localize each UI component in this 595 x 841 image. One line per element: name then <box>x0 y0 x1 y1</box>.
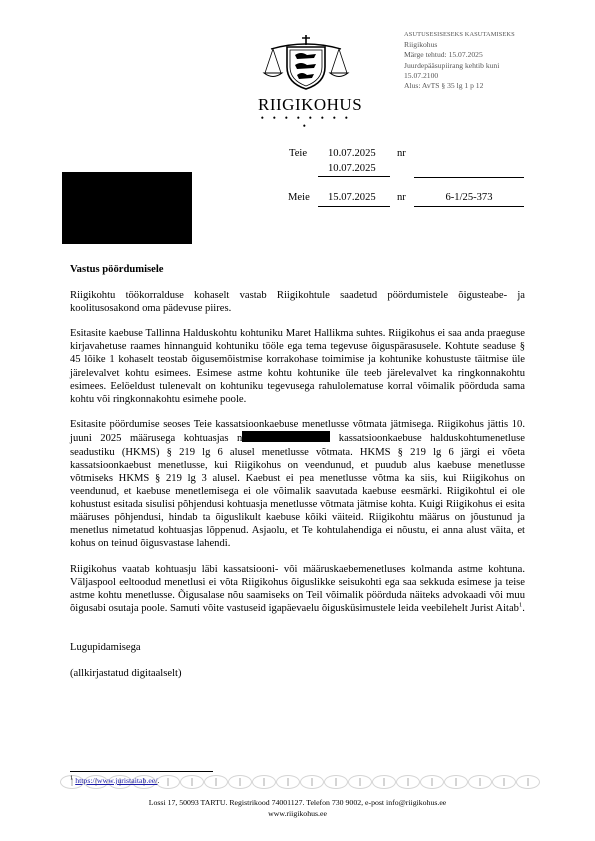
court-logo: RIIGIKOHUS • • • • • • • • • <box>258 33 354 130</box>
our-date: 15.07.2025 <box>328 192 376 203</box>
footnote-separator <box>70 771 213 772</box>
footnote-link[interactable]: https://www.juristaitab.ee/ <box>75 776 157 785</box>
stamp-owner: Riigikohus <box>404 40 515 50</box>
our-date-underline <box>318 206 390 207</box>
our-nr-underline <box>414 206 524 207</box>
paragraph-3: Esitasite pöördumise seoses Teie kassats… <box>70 418 525 550</box>
letter-body: Vastus pöördumisele Riigikohtu töökorral… <box>70 263 525 692</box>
your-date-2: 10.07.2025 <box>328 163 376 174</box>
access-restriction-stamp: ASUTUSESISESEKS KASUTAMISEKS Riigikohus … <box>404 30 515 91</box>
stamp-restriction: Juurdepääsupiirang kehtib kuni <box>404 61 515 71</box>
our-label: Meie <box>288 192 310 203</box>
our-nr-label: nr <box>397 192 406 203</box>
our-nr: 6-1/25-373 <box>415 192 523 203</box>
footnote-number: 1 <box>70 774 73 781</box>
stamp-marked: Märge tehtud: 15.07.2025 <box>404 50 515 60</box>
stamp-basis: Alus: AvTS § 35 lg 1 p 12 <box>404 81 515 91</box>
stamp-until: 15.07.2100 <box>404 71 515 81</box>
logo-dots: • • • • • • • • • <box>258 114 354 130</box>
your-nr-label: nr <box>397 148 406 159</box>
coat-of-arms-scales-icon <box>261 33 351 91</box>
your-nr-underline <box>414 177 524 178</box>
page-footer: Lossi 17, 50093 TARTU. Registrikood 7400… <box>0 798 595 819</box>
redacted-recipient-address <box>62 172 192 244</box>
paragraph-2: Esitasite kaebuse Tallinna Halduskohtu k… <box>70 327 525 406</box>
signature-note: (allkirjastatud digitaalselt) <box>70 667 525 680</box>
footer-address: Lossi 17, 50093 TARTU. Registrikood 7400… <box>0 798 595 809</box>
your-date-underline <box>318 176 390 177</box>
logo-wordmark: RIIGIKOHUS <box>258 96 354 114</box>
closing: Lugupidamisega <box>70 641 525 654</box>
redacted-case-number <box>242 431 330 442</box>
paragraph-4: Riigikohus vaatab kohtuasju läbi kassats… <box>70 563 525 615</box>
footer-website: www.riigikohus.ee <box>0 809 595 820</box>
your-date-1: 10.07.2025 <box>328 148 376 159</box>
paragraph-1: Riigikohtu töökorralduse kohaselt vastab… <box>70 289 525 315</box>
footnote: 1 https://www.juristaitab.ee/. <box>70 776 159 785</box>
stamp-label: ASUTUSESISESEKS KASUTAMISEKS <box>404 30 515 40</box>
letter-title: Vastus pöördumisele <box>70 263 525 276</box>
your-label: Teie <box>289 148 307 159</box>
